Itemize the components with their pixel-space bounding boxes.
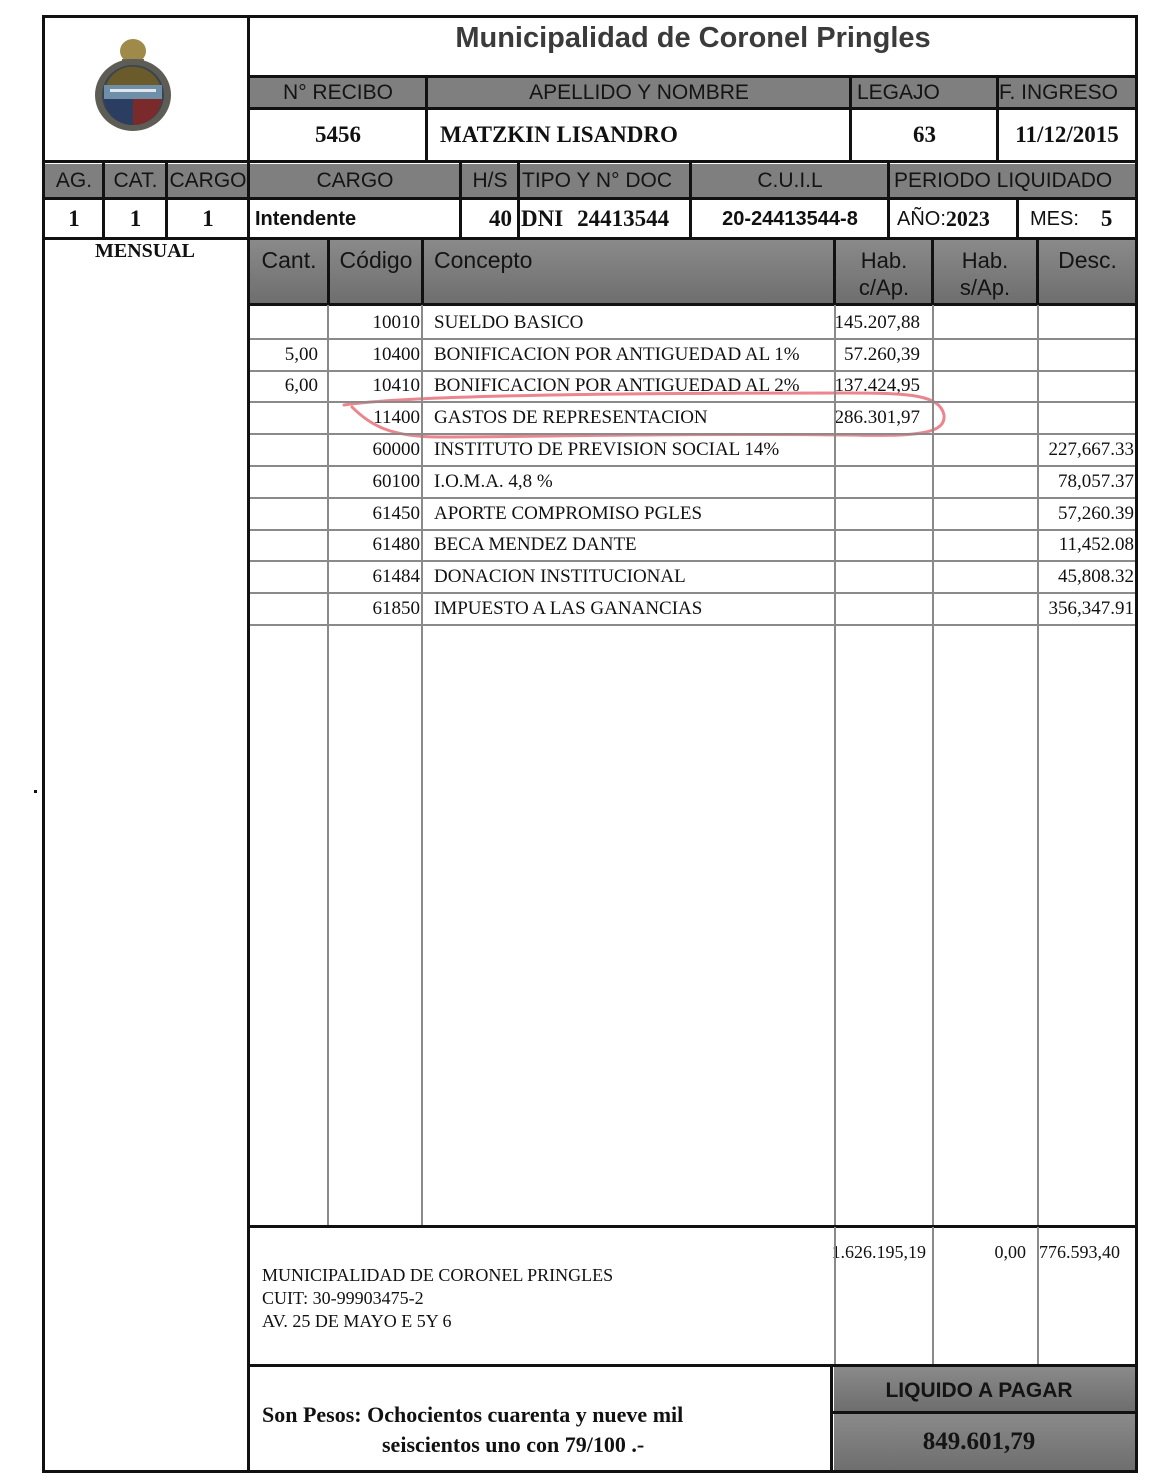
- col-hab-cap-line1: Hab.: [836, 247, 932, 274]
- employer-name: MUNICIPALIDAD DE CORONEL PRINGLES: [262, 1264, 613, 1287]
- divider: [42, 160, 250, 163]
- ag-value: 1: [45, 201, 103, 237]
- son-pesos-line1: Son Pesos: Ochocientos cuarenta y nueve …: [262, 1400, 832, 1430]
- row-cant: 5,00: [250, 339, 318, 371]
- divider: [834, 1227, 836, 1365]
- divider: [42, 15, 45, 1473]
- fecha-ingreso: 11/12/2015: [999, 110, 1135, 160]
- row-cant: [250, 561, 318, 593]
- row-cant: [250, 498, 318, 530]
- label-hs: H/S: [462, 164, 518, 198]
- divider: [1016, 198, 1019, 240]
- row-codigo: 10400: [330, 339, 420, 371]
- divider: [250, 497, 1135, 499]
- row-cant: [250, 434, 318, 466]
- son-pesos-line2: seiscientos uno con 79/100 .-: [262, 1430, 832, 1460]
- row-cant: [250, 530, 318, 562]
- divider: [42, 1470, 1138, 1473]
- row-concepto: SUELDO BASICO: [434, 307, 834, 339]
- anio-label: AÑO:: [897, 208, 946, 231]
- mes-value: 5: [1101, 206, 1113, 232]
- row-codigo: 61450: [330, 498, 420, 530]
- col-codigo: Código: [330, 247, 422, 274]
- label-cargo: CARGO: [250, 164, 460, 198]
- divider: [250, 401, 1135, 403]
- divider: [425, 75, 428, 163]
- divider: [327, 305, 329, 1225]
- row-hab-sap: [934, 371, 1032, 403]
- divider: [250, 465, 1135, 467]
- label-cat: CAT.: [105, 164, 166, 198]
- divider: [250, 370, 1135, 372]
- row-hab-sap: [934, 530, 1032, 562]
- label-recibo: N° RECIBO: [250, 78, 426, 108]
- divider: [517, 160, 520, 240]
- row-concepto: BONIFICACION POR ANTIGUEDAD AL 1%: [434, 339, 834, 371]
- row-cant: [250, 307, 318, 339]
- col-concepto: Concepto: [434, 247, 634, 274]
- son-pesos-text: Son Pesos: Ochocientos cuarenta y nueve …: [262, 1400, 832, 1460]
- divider: [250, 338, 1135, 340]
- divider: [247, 75, 1138, 78]
- divider: [42, 15, 1138, 18]
- divider: [996, 75, 999, 163]
- divider: [459, 160, 462, 240]
- doc-number: 24413544: [577, 206, 669, 232]
- label-legajo: LEGAJO: [852, 78, 997, 108]
- divider: [931, 240, 934, 304]
- row-codigo: 10010: [330, 307, 420, 339]
- total-hab-sap: 0,00: [934, 1238, 1026, 1266]
- row-codigo: 10410: [330, 371, 420, 403]
- divider: [247, 107, 1138, 110]
- liquido-value: 849.601,79: [834, 1414, 1124, 1470]
- cargo-num-value: 1: [168, 201, 248, 237]
- col-hab-sap: Hab. s/Ap.: [934, 247, 1036, 301]
- label-cuil: C.U.I.L: [692, 164, 888, 198]
- stray-mark: [34, 790, 37, 793]
- divider: [932, 305, 934, 1225]
- anio-field: AÑO: 2023: [897, 201, 1015, 237]
- divider: [250, 624, 1135, 626]
- row-codigo: 61850: [330, 593, 420, 625]
- col-hab-sap-line1: Hab.: [934, 247, 1036, 274]
- row-concepto: I.O.M.A. 4,8 %: [434, 466, 834, 498]
- cat-value: 1: [105, 201, 166, 237]
- row-concepto: APORTE COMPROMISO PGLES: [434, 498, 834, 530]
- divider: [102, 160, 105, 240]
- recibo-number: 5456: [250, 110, 426, 160]
- municipal-coat-of-arms-icon: [92, 33, 174, 133]
- row-hab-sap: [934, 434, 1032, 466]
- employer-info: MUNICIPALIDAD DE CORONEL PRINGLES CUIT: …: [262, 1264, 613, 1333]
- row-cant: 6,00: [250, 371, 318, 403]
- liquido-label: LIQUIDO A PAGAR: [834, 1370, 1124, 1412]
- row-concepto: GASTOS DE REPRESENTACION: [434, 402, 834, 434]
- divider: [887, 160, 890, 240]
- page-title: Municipalidad de Coronel Pringles: [250, 17, 1136, 59]
- row-cant: [250, 466, 318, 498]
- row-desc: 356,347.91: [1030, 593, 1134, 625]
- divider: [42, 197, 1138, 200]
- row-concepto: IMPUESTO A LAS GANANCIAS: [434, 593, 834, 625]
- cuil-value: 20-24413544-8: [692, 201, 888, 237]
- row-codigo: 60100: [330, 466, 420, 498]
- col-desc: Desc.: [1040, 247, 1135, 274]
- divider: [247, 1225, 1138, 1228]
- row-desc: [1030, 339, 1134, 371]
- row-codigo: 61484: [330, 561, 420, 593]
- divider: [833, 240, 836, 304]
- divider: [250, 592, 1135, 594]
- divider: [250, 560, 1135, 562]
- divider: [849, 75, 852, 163]
- label-cargo-num: CARGO: [168, 164, 248, 198]
- divider: [830, 1411, 1138, 1414]
- label-ag: AG.: [45, 164, 103, 198]
- mes-field: MES: 5: [1030, 201, 1130, 237]
- row-desc: [1030, 371, 1134, 403]
- cargo-value: Intendente: [255, 201, 455, 237]
- divider: [421, 240, 424, 304]
- row-desc: [1030, 402, 1134, 434]
- divider: [247, 15, 250, 1473]
- row-hab-sap: [934, 402, 1032, 434]
- divider: [932, 1227, 934, 1365]
- row-hab-sap: [934, 498, 1032, 530]
- row-desc: [1030, 307, 1134, 339]
- row-hab-sap: [934, 561, 1032, 593]
- employer-cuit: CUIT: 30-99903475-2: [262, 1287, 613, 1310]
- doc-type: DNI: [521, 206, 563, 232]
- divider: [421, 305, 423, 1225]
- row-cant: [250, 402, 318, 434]
- label-periodo: PERIODO LIQUIDADO: [890, 164, 1135, 198]
- label-ingreso: F. INGRESO: [999, 78, 1135, 108]
- divider: [250, 433, 1135, 435]
- divider: [1037, 1227, 1039, 1365]
- anio-value: 2023: [946, 206, 990, 232]
- divider: [42, 237, 1138, 240]
- mes-label: MES:: [1030, 208, 1079, 231]
- label-doc: TIPO Y N° DOC: [520, 164, 690, 198]
- employer-address: AV. 25 DE MAYO E 5Y 6: [262, 1310, 613, 1333]
- row-hab-sap: [934, 307, 1032, 339]
- divider: [247, 1364, 1138, 1367]
- row-desc: 45,808.32: [1030, 561, 1134, 593]
- row-codigo: 60000: [330, 434, 420, 466]
- row-desc: 11,452.08: [1030, 530, 1134, 562]
- row-concepto: DONACION INSTITUCIONAL: [434, 561, 834, 593]
- row-concepto: INSTITUTO DE PREVISION SOCIAL 14%: [434, 434, 834, 466]
- row-cant: [250, 593, 318, 625]
- divider: [834, 305, 836, 1225]
- row-hab-sap: [934, 339, 1032, 371]
- row-desc: 227,667.33: [1030, 434, 1134, 466]
- divider: [247, 160, 1138, 163]
- divider: [1037, 305, 1039, 1225]
- divider: [830, 1364, 833, 1472]
- divider: [1036, 240, 1039, 304]
- divider: [689, 160, 692, 240]
- divider: [247, 303, 1138, 306]
- doc-value: DNI 24413544: [521, 201, 689, 237]
- col-hab-sap-line2: s/Ap.: [934, 274, 1036, 301]
- col-cant: Cant.: [250, 247, 328, 274]
- hs-value: 40: [462, 201, 512, 237]
- row-concepto: BECA MENDEZ DANTE: [434, 530, 834, 562]
- row-desc: 57,260.39: [1030, 498, 1134, 530]
- row-codigo: 11400: [330, 402, 420, 434]
- frequency-label: MENSUAL: [45, 240, 245, 262]
- employee-name: MATZKIN LISANDRO: [440, 110, 850, 160]
- divider: [165, 160, 168, 240]
- row-hab-sap: [934, 593, 1032, 625]
- label-nombre: APELLIDO Y NOMBRE: [428, 78, 850, 108]
- col-hab-cap-line2: c/Ap.: [836, 274, 932, 301]
- divider: [250, 529, 1135, 531]
- legajo-number: 63: [852, 110, 997, 160]
- row-concepto: BONIFICACION POR ANTIGUEDAD AL 2%: [434, 371, 834, 403]
- row-desc: 78,057.37: [1030, 466, 1134, 498]
- row-hab-sap: [934, 466, 1032, 498]
- total-desc: 776.593,40: [1030, 1238, 1120, 1266]
- row-codigo: 61480: [330, 530, 420, 562]
- col-hab-cap: Hab. c/Ap.: [836, 247, 932, 301]
- divider: [327, 240, 330, 304]
- divider: [1135, 15, 1138, 1473]
